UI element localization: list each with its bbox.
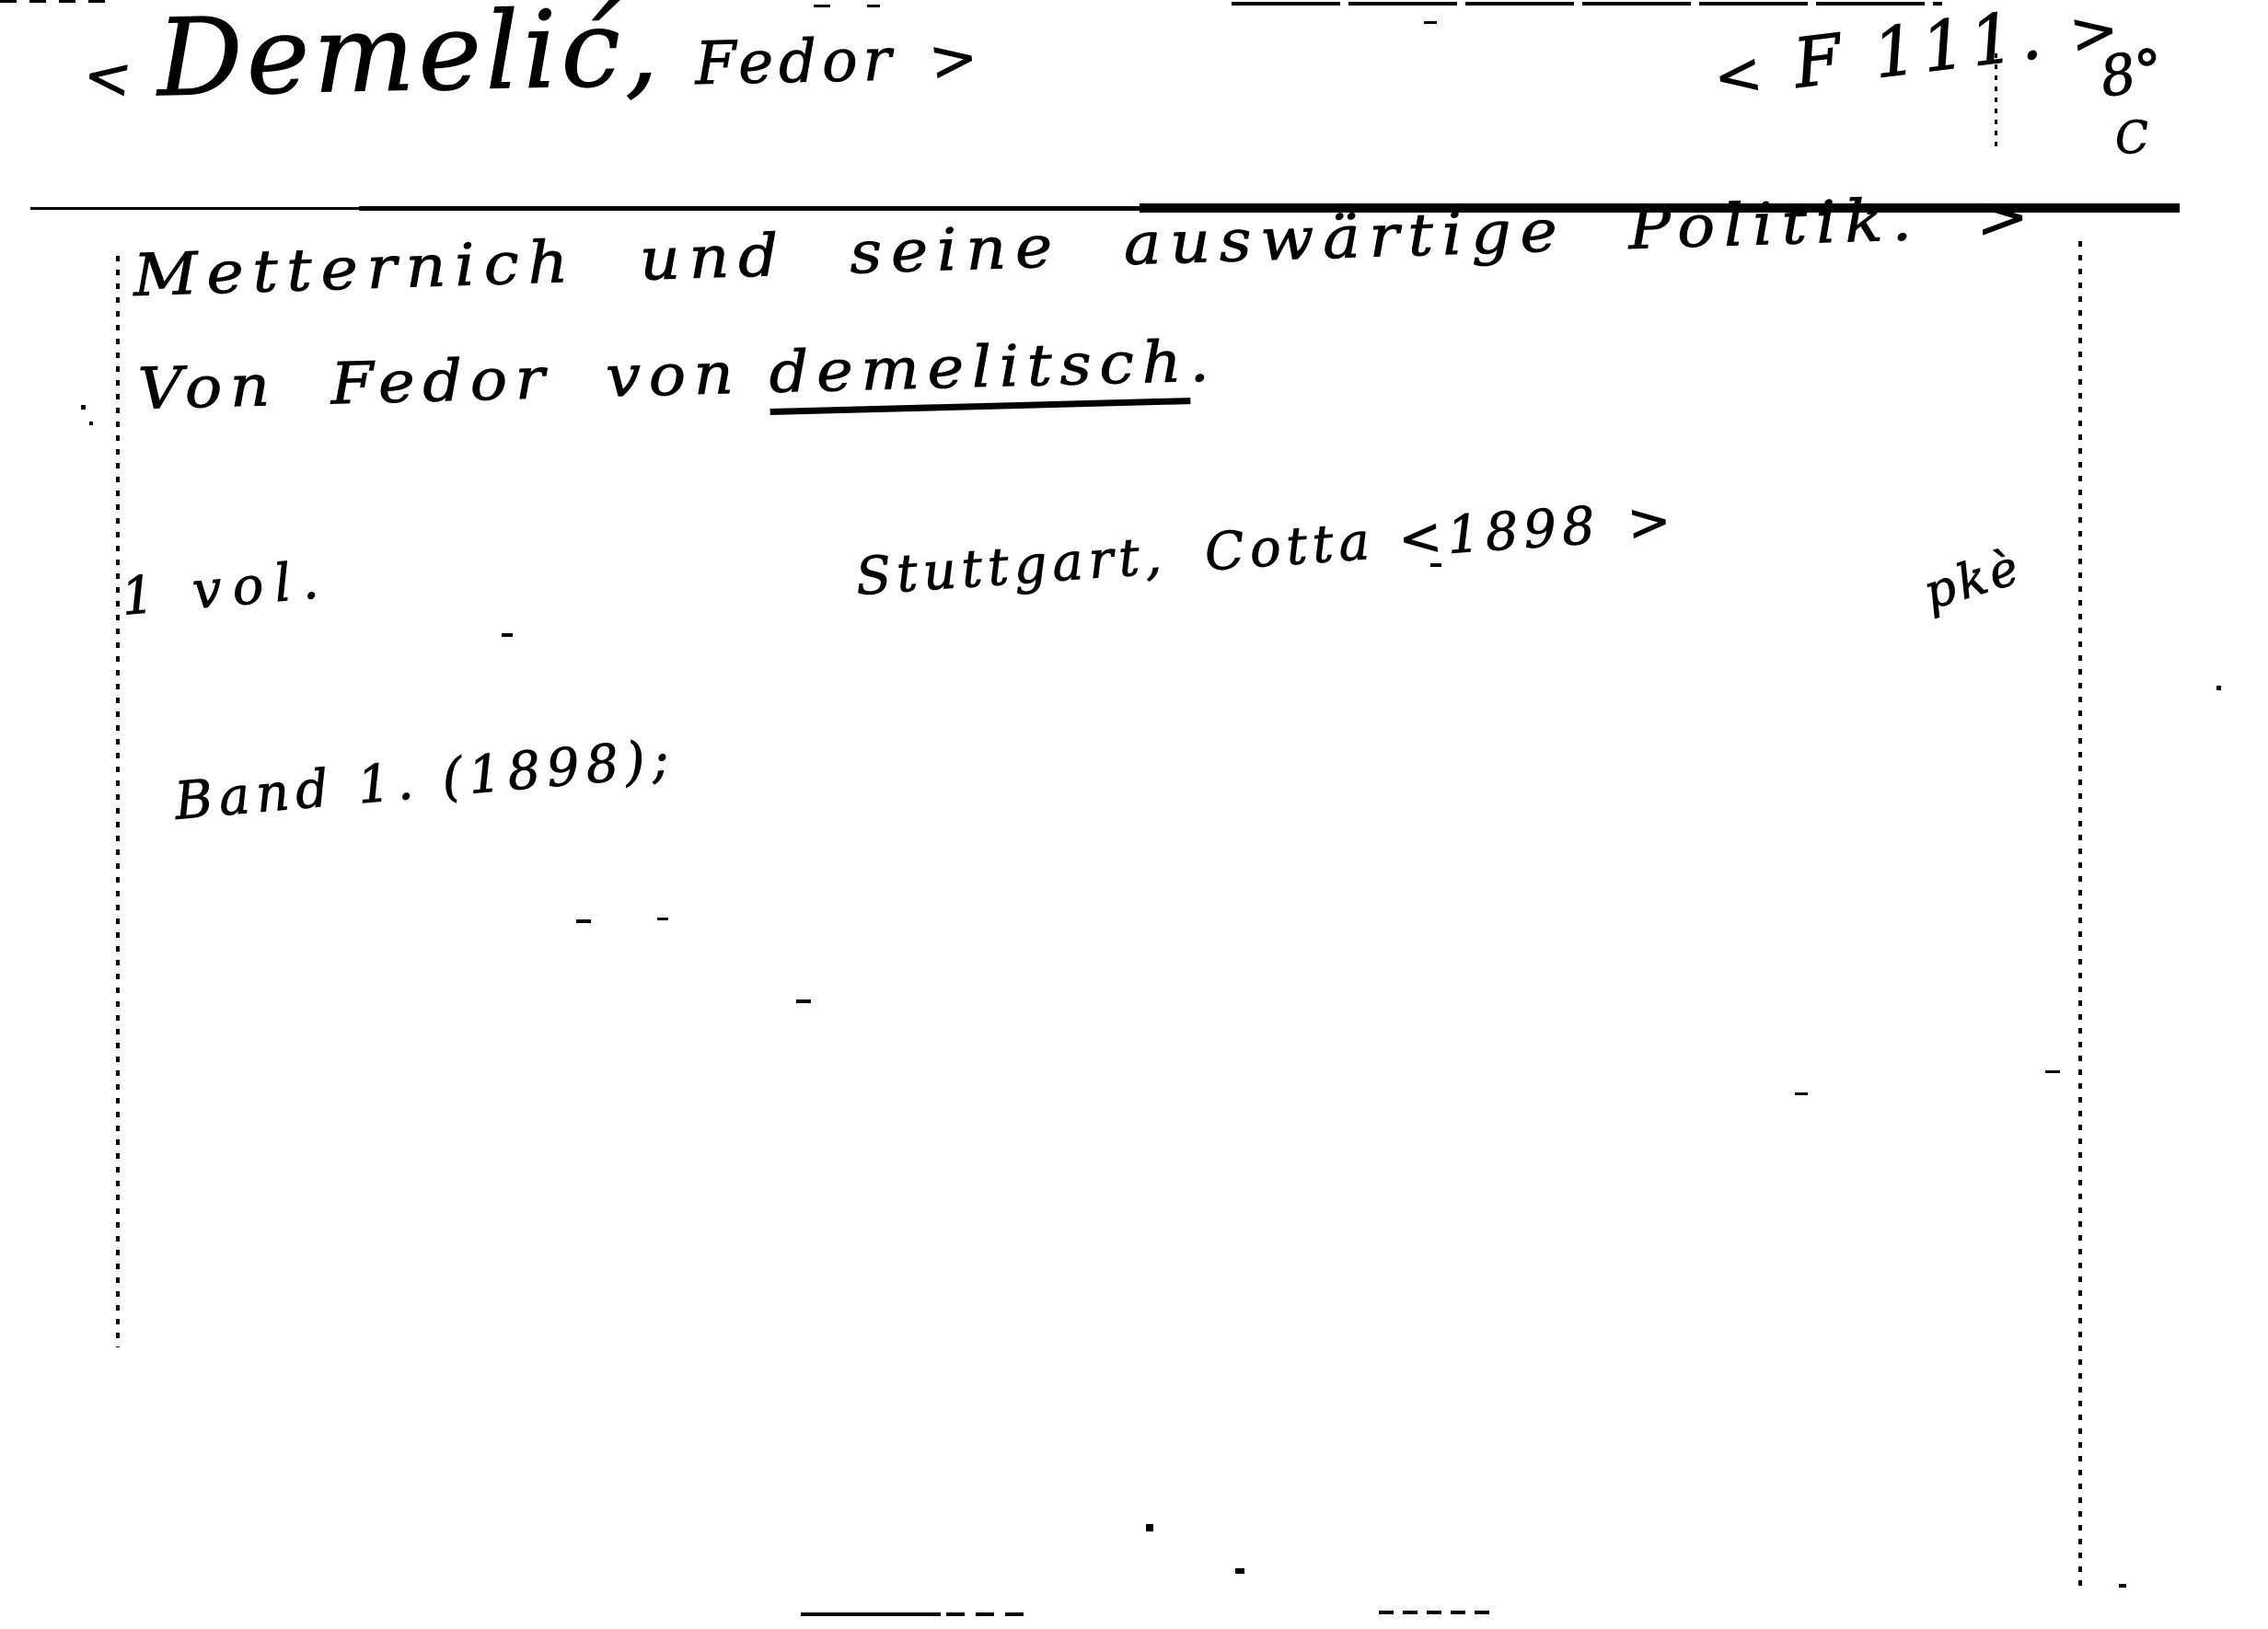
ink-speck [657, 918, 668, 920]
author-heading: < Demelić, Fedor > [83, 0, 978, 114]
card-top-edge-line-dashes [0, 0, 109, 3]
title-line: Metternich und seine auswärtige Politik.… [133, 187, 2039, 305]
format-note: C [2113, 115, 2150, 161]
header-dotted-line [1995, 53, 1997, 151]
ink-speck [1430, 563, 1441, 567]
shelfmark-bracket-open: < [1710, 38, 1771, 111]
bottom-scan-dash [1379, 1611, 1497, 1614]
byline-period: . [1188, 327, 1218, 395]
ink-speck [814, 5, 830, 7]
ink-speck [2216, 686, 2221, 690]
side-note: pkè [1918, 543, 2027, 618]
header-rule [359, 206, 1140, 211]
ink-speck [502, 633, 513, 637]
shelfmark-number: F 111. [1789, 0, 2051, 104]
shelfmark: <F 111.> [1709, 0, 2126, 109]
byline-prefix: Von Fedor von [137, 340, 742, 422]
ink-speck [796, 999, 811, 1003]
byline-underlined-name: demelitsch [769, 328, 1191, 415]
ink-speck [2045, 1070, 2060, 1073]
author-given-name: Fedor [695, 31, 897, 95]
right-dotted-border [2078, 241, 2082, 1594]
imprint-year-bracket-open: < [1396, 506, 1449, 570]
imprint-year: 1898 [1445, 496, 1603, 566]
title-text: Metternich und seine auswärtige Politik. [133, 186, 1922, 309]
ink-speck [2119, 1584, 2126, 1588]
ink-speck [867, 5, 880, 7]
ink-speck [1235, 1568, 1244, 1574]
ink-speck [81, 405, 86, 410]
byline: Von Fedor vondemelitsch. [137, 332, 1218, 418]
angle-bracket-open: < [81, 46, 135, 109]
ink-speck [1424, 21, 1437, 24]
format-mark: 8° [2097, 41, 2168, 106]
angle-bracket-close: > [926, 28, 980, 90]
header-rule [30, 207, 359, 210]
imprint-place-publisher: Stuttgart, Cotta [854, 512, 1377, 607]
author-surname: Demelić, [156, 0, 664, 112]
left-dotted-border [116, 256, 120, 1347]
ink-speck [1795, 1092, 1808, 1095]
ink-speck [1146, 1524, 1153, 1531]
imprint: Stuttgart, Cotta<1898> [854, 495, 1678, 604]
bottom-scan-dash [801, 1612, 941, 1616]
ink-speck [89, 422, 93, 425]
card-top-edge-line [1232, 2, 1942, 6]
holdings-note: Band 1. (1898); [173, 734, 677, 828]
catalog-card-scan: < Demelić, Fedor > <F 111.> 8° C Mettern… [0, 0, 2268, 1629]
ink-speck [576, 919, 591, 923]
volume-statement: 1 vol. [120, 554, 332, 624]
bottom-scan-dash [946, 1612, 1024, 1616]
imprint-year-bracket-close: > [1626, 491, 1678, 554]
title-bracket-close: > [1975, 182, 2039, 251]
